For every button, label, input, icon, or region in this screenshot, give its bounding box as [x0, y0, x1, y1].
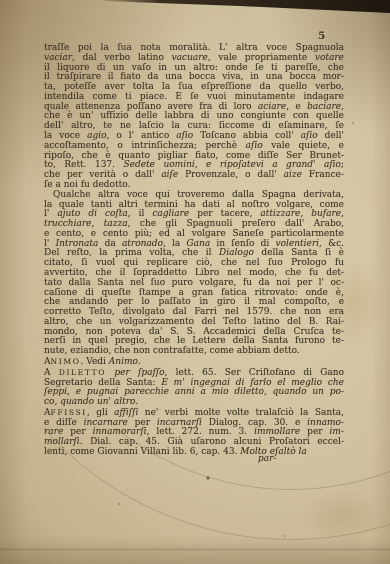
- scan-dark-top-edge: [0, 0, 390, 16]
- text-line: nute, eziandio, che non contrafatte, com…: [44, 347, 344, 357]
- paper-specks: [0, 0, 2, 2]
- text-line: co, quando un' altro.: [44, 398, 344, 408]
- entry-a-diletto: A DILETTO per ſpaſſo, lett. 65. Ser Criſ…: [44, 368, 344, 408]
- entry-animo: ANIMO. Vedi Animo.: [44, 357, 344, 368]
- book-page-scan: 5 traſſe poi la ſua nota moralità. L' al…: [0, 0, 390, 564]
- catchword: par-: [258, 454, 318, 464]
- page-bottom-edge: [0, 548, 390, 551]
- text-line: ANIMO. Vedi Animo.: [44, 357, 344, 368]
- entry-affissi: AFFISSI, gli affiſſi ne' verbi molte vol…: [44, 408, 344, 458]
- page-number: 5: [318, 30, 325, 42]
- paper-stain: [300, 488, 384, 544]
- para-continuation: traſſe poi la ſua nota moralità. L' altr…: [44, 44, 344, 191]
- text-block: traſſe poi la ſua nota moralità. L' altr…: [44, 44, 344, 458]
- para-spagna: Qualche altra voce qui troveremo dalla S…: [44, 191, 344, 357]
